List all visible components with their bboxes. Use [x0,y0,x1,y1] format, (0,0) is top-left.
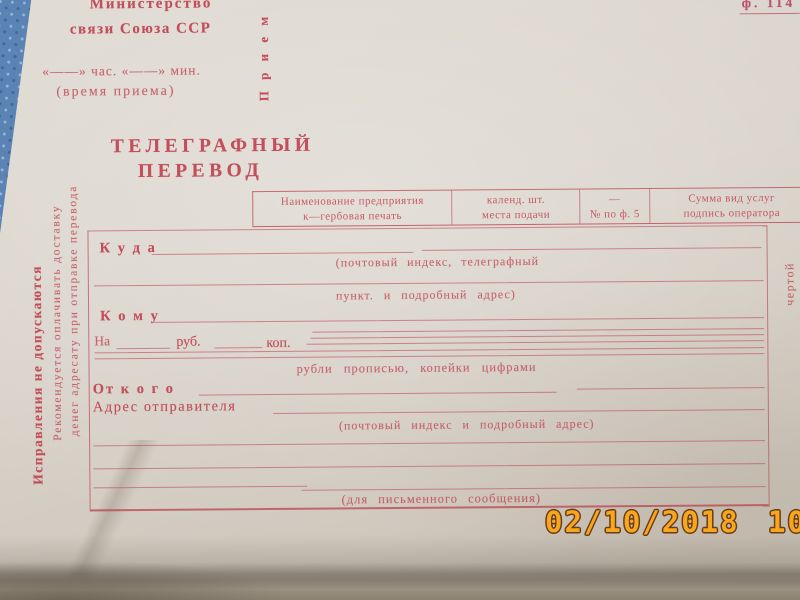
sum-line2: подпись оператора [650,205,800,221]
camera-timestamp: 02/10/2018 10:28 [545,505,800,539]
kuda-hint-line2: пункт. и подробный адрес) [336,287,516,303]
field-ot-kogo-label: От к о г о [93,381,175,399]
form-number: ф. 114 [740,0,800,14]
reception-time-blanks: «——» час. «——» мин. [42,63,201,80]
message-hint: (для письменного сообщения) [342,491,542,508]
calendar-stamp-line1: календ. шт. [453,193,580,209]
header-table: Наименование предприятия к—гербовая печа… [252,187,800,227]
amount-hint: рубли прописью, копейки цифрами [296,360,536,377]
header-col-calendar-stamp: календ. шт. места подачи [452,190,580,225]
left-margin-note-2: Рекомендуется оплачивать доставку [50,205,64,441]
field-komu-label: К о м у [100,308,160,325]
left-margin-note-3: денег адресату при отправке перевода [67,185,81,436]
right-margin-note-fragment: чертой [782,262,797,306]
form-title-line1: ТЕЛЕГРАФНЫЙ [111,135,315,159]
priem-vertical-label: П р и е м [256,13,273,102]
field-kuda-label: К у д а [100,240,157,257]
ministry-line2: связи Союза ССР [70,20,212,38]
kuda-hint-line1: (почтовый индекс, телеграфный [336,254,539,271]
table-edge-shadow [0,535,800,600]
photo-telegraph-transfer-form: Министерство связи Союза ССР «——» час. «… [0,0,800,600]
sum-line1: Сумма вид услуг [650,191,800,207]
form-title-line2: ПЕРЕВОД [138,160,263,183]
number-by-form-line2: № по ф. 5 [580,207,649,222]
field-sender-address-label: Адрес отправителя [93,398,237,416]
calendar-stamp-line2: места подачи [453,207,580,223]
enterprise-line2: к—гербовая печать [253,208,451,224]
left-margin-note-1: Исправления не допускаются [29,265,47,485]
enterprise-line1: Наименование предприятия [253,194,451,210]
sender-address-hint: (почтовый индекс и подробный адрес) [339,416,595,433]
number-by-form-line1: — [580,192,649,207]
header-col-number-by-form: — № по ф. 5 [580,189,650,224]
amount-rub-label: руб. [176,335,200,351]
amount-kop-label: коп. [266,336,290,352]
amount-na-label: На [94,333,110,349]
header-col-sum: Сумма вид услуг подпись оператора [650,188,800,223]
header-col-enterprise: Наименование предприятия к—гербовая печа… [253,191,453,227]
ministry-line1: Министерство [90,0,213,13]
reception-time-caption: (время приема) [56,84,175,101]
